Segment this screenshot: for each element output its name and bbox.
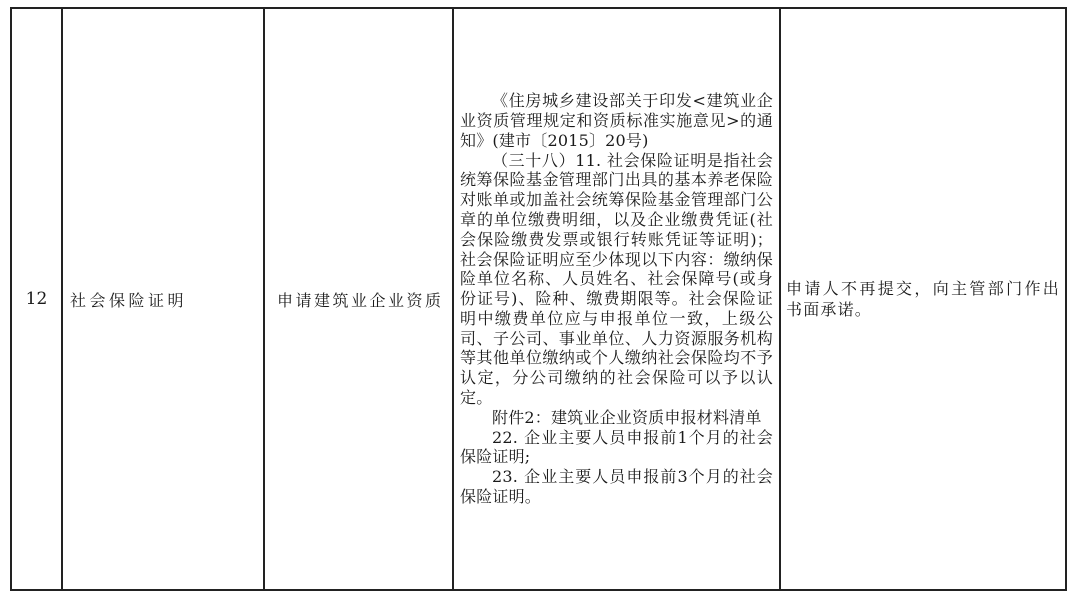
basis-paragraph-definition: （三十八）11. 社会保险证明是指社会统筹保险基金管理部门出具的基本养老保险对账… (460, 151, 773, 408)
basis-paragraph-item-22: 22. 企业主要人员申报前1个月的社会保险证明; (460, 428, 773, 468)
material-name: 社会保险证明 (70, 291, 187, 310)
cell-handling-method: 申请人不再提交，向主管部门作出书面承诺。 (780, 8, 1066, 590)
basis-paragraph-notice-title: 《住房城乡建设部关于印发<建筑业企业资质管理规定和资质标准实施意见>的通知》(建… (460, 91, 773, 150)
materials-table: 12 社会保险证明 申请建筑业企业资质 《住房城乡建设部关于印发<建筑业企业资质… (10, 7, 1067, 591)
cell-applicable-matter: 申请建筑业企业资质 (264, 8, 453, 590)
table-row: 12 社会保险证明 申请建筑业企业资质 《住房城乡建设部关于印发<建筑业企业资质… (11, 8, 1066, 590)
basis-paragraph-attachment: 附件2：建筑业企业资质申报材料清单 (460, 408, 773, 428)
cell-sequence-number: 12 (11, 8, 62, 590)
basis-paragraph-item-23: 23. 企业主要人员申报前3个月的社会保险证明。 (460, 467, 773, 507)
cell-material-name: 社会保险证明 (62, 8, 264, 590)
applicable-matter: 申请建筑业企业资质 (277, 291, 444, 310)
handling-method: 申请人不再提交，向主管部门作出书面承诺。 (786, 278, 1060, 321)
sequence-number: 12 (26, 289, 48, 309)
cell-legal-basis: 《住房城乡建设部关于印发<建筑业企业资质管理规定和资质标准实施意见>的通知》(建… (453, 8, 780, 590)
